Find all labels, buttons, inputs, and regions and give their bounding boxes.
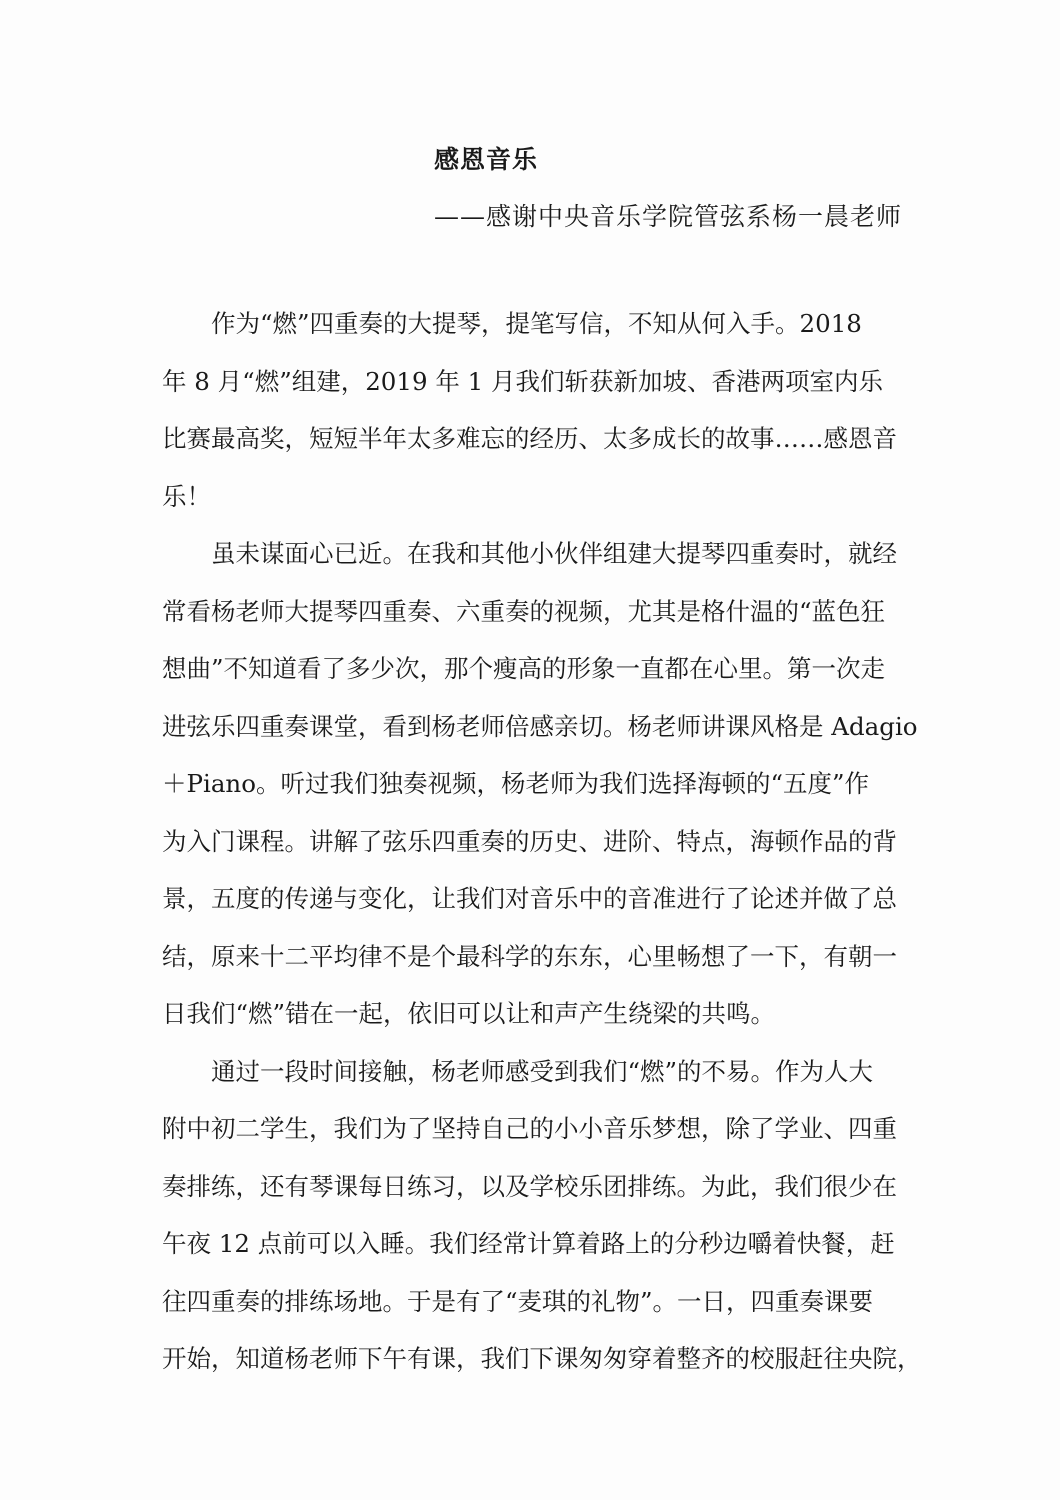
- document-subtitle: ——感谢中央音乐学院管弦系杨一晨老师: [434, 197, 902, 233]
- paragraph-2-line-1: 虽未谋面心已近。在我和其他小伙伴组建大提琴四重奏时，就经: [162, 534, 904, 592]
- paragraph-1-line-4: 乐！: [162, 477, 904, 535]
- text-line: ＋Piano。听过我们独奏视频，杨老师为我们选择海顿的“五度”作: [162, 764, 869, 822]
- text-line: 虽未谋面心已近。在我和其他小伙伴组建大提琴四重奏时，就经: [211, 534, 897, 592]
- paragraph-3-line-4: 午夜 12 点前可以入睡。我们经常计算着路上的分秒边嚼着快餐，赶: [162, 1224, 904, 1282]
- paragraph-2-line-8: 结，原来十二平均律不是个最科学的东东，心里畅想了一下，有朝一: [162, 937, 904, 995]
- paragraph-3-line-1: 通过一段时间接触，杨老师感受到我们“燃”的不易。作为人大: [162, 1052, 904, 1110]
- text-line: 日我们“燃”错在一起，依旧可以让和声产生绕梁的共鸣。: [162, 994, 775, 1052]
- text-line: 开始，知道杨老师下午有课，我们下课匆匆穿着整齐的校服赶往央院，: [162, 1339, 922, 1397]
- paragraph-3-line-5: 往四重奏的排练场地。于是有了“麦琪的礼物”。一日，四重奏课要: [162, 1282, 904, 1340]
- text-line: 进弦乐四重奏课堂，看到杨老师倍感亲切。杨老师讲课风格是 Adagio: [162, 707, 918, 765]
- paragraph-3-line-6: 开始，知道杨老师下午有课，我们下课匆匆穿着整齐的校服赶往央院，: [162, 1339, 904, 1397]
- text-line: 结，原来十二平均律不是个最科学的东东，心里畅想了一下，有朝一: [162, 937, 897, 995]
- paragraph-2-line-9: 日我们“燃”错在一起，依旧可以让和声产生绕梁的共鸣。: [162, 994, 904, 1052]
- paragraph-3-line-3: 奏排练，还有琴课每日练习，以及学校乐团排练。为此，我们很少在: [162, 1167, 904, 1225]
- paragraph-3-line-2: 附中初二学生，我们为了坚持自己的小小音乐梦想，除了学业、四重: [162, 1109, 904, 1167]
- text-line: 午夜 12 点前可以入睡。我们经常计算着路上的分秒边嚼着快餐，赶: [162, 1224, 895, 1282]
- paragraph-2-line-2: 常看杨老师大提琴四重奏、六重奏的视频，尤其是格什温的“蓝色狂: [162, 592, 904, 650]
- paragraph-2-line-5: ＋Piano。听过我们独奏视频，杨老师为我们选择海顿的“五度”作: [162, 764, 904, 822]
- text-line: 想曲”不知道看了多少次，那个瘦高的形象一直都在心里。第一次走: [162, 649, 885, 707]
- paragraph-2-line-6: 为入门课程。讲解了弦乐四重奏的历史、进阶、特点，海顿作品的背: [162, 822, 904, 880]
- text-line: 乐！: [162, 477, 211, 535]
- text-line: 通过一段时间接触，杨老师感受到我们“燃”的不易。作为人大: [211, 1052, 873, 1110]
- paragraph-2-line-4: 进弦乐四重奏课堂，看到杨老师倍感亲切。杨老师讲课风格是 Adagio: [162, 707, 904, 765]
- paragraph-1-line-1: 作为“燃”四重奏的大提琴，提笔写信，不知从何入手。2018: [162, 304, 904, 362]
- paragraph-2-line-7: 景，五度的传递与变化，让我们对音乐中的音准进行了论述并做了总: [162, 879, 904, 937]
- text-line: 常看杨老师大提琴四重奏、六重奏的视频，尤其是格什温的“蓝色狂: [162, 592, 885, 650]
- paragraph-1-line-2: 年 8 月“燃”组建，2019 年 1 月我们斩获新加坡、香港两项室内乐: [162, 362, 904, 420]
- paragraph-1-line-3: 比赛最高奖，短短半年太多难忘的经历、太多成长的故事……感恩音: [162, 419, 904, 477]
- text-line: 为入门课程。讲解了弦乐四重奏的历史、进阶、特点，海顿作品的背: [162, 822, 897, 880]
- text-line: 比赛最高奖，短短半年太多难忘的经历、太多成长的故事……感恩音: [162, 419, 897, 477]
- text-line: 景，五度的传递与变化，让我们对音乐中的音准进行了论述并做了总: [162, 879, 897, 937]
- document-body: 作为“燃”四重奏的大提琴，提笔写信，不知从何入手。2018 年 8 月“燃”组建…: [162, 304, 904, 1397]
- document-title: 感恩音乐: [434, 140, 538, 176]
- text-line: 年 8 月“燃”组建，2019 年 1 月我们斩获新加坡、香港两项室内乐: [162, 362, 883, 420]
- paragraph-2-line-3: 想曲”不知道看了多少次，那个瘦高的形象一直都在心里。第一次走: [162, 649, 904, 707]
- text-line: 奏排练，还有琴课每日练习，以及学校乐团排练。为此，我们很少在: [162, 1167, 897, 1225]
- document-page: 感恩音乐 ——感谢中央音乐学院管弦系杨一晨老师 作为“燃”四重奏的大提琴，提笔写…: [0, 0, 1060, 1500]
- text-line: 附中初二学生，我们为了坚持自己的小小音乐梦想，除了学业、四重: [162, 1109, 897, 1167]
- text-line: 往四重奏的排练场地。于是有了“麦琪的礼物”。一日，四重奏课要: [162, 1282, 873, 1340]
- text-line: 作为“燃”四重奏的大提琴，提笔写信，不知从何入手。2018: [211, 304, 862, 362]
